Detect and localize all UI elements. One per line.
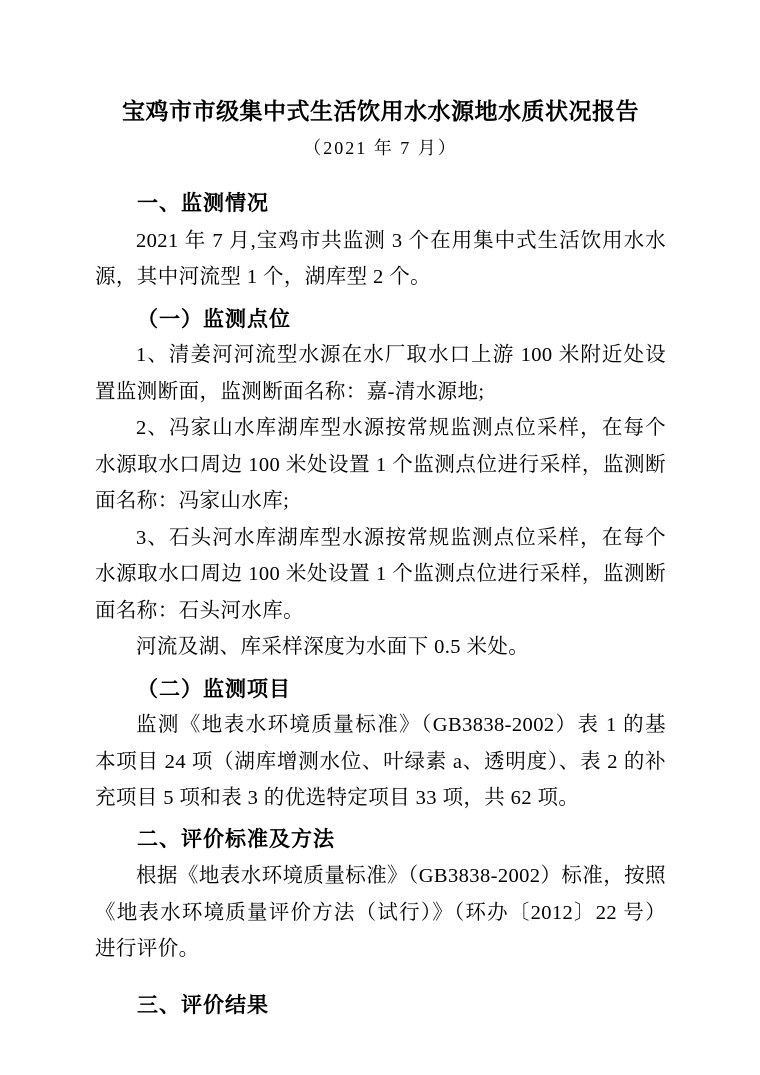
section-monitoring-points: （一）监测点位 1、清姜河河流型水源在水厂取水口上游 100 米附近处设置监测断… (95, 301, 666, 666)
section-monitoring-overview: 一、监测情况 2021 年 7 月,宝鸡市共监测 3 个在用集中式生活饮用水水源… (95, 186, 666, 296)
document-subtitle: （2021 年 7 月） (95, 136, 666, 161)
document-page: 宝鸡市市级集中式生活饮用水水源地水质状况报告 （2021 年 7 月） 一、监测… (0, 0, 760, 1075)
section-heading-evaluation-standard: 二、评价标准及方法 (95, 822, 666, 859)
section-heading-evaluation-results: 三、评价结果 (95, 988, 666, 1025)
paragraph-monitoring-overview: 2021 年 7 月,宝鸡市共监测 3 个在用集中式生活饮用水水源，其中河流型 … (95, 223, 666, 296)
paragraph-sampling-depth: 河流及湖、库采样深度为水面下 0.5 米处。 (95, 629, 666, 666)
paragraph-point-fengjiashan-reservoir: 2、冯家山水库湖库型水源按常规监测点位采样，在每个水源取水口周边 100 米处设… (95, 410, 666, 520)
paragraph-evaluation-standard: 根据《地表水环境质量标准》（GB3838-2002）标准，按照《地表水环境质量评… (95, 858, 666, 968)
section-heading-monitoring-points: （一）监测点位 (95, 301, 666, 338)
paragraph-point-shitouhe-reservoir: 3、石头河水库湖库型水源按常规监测点位采样，在每个水源取水口周边 100 米处设… (95, 520, 666, 630)
paragraph-point-qingjiang-river: 1、清姜河河流型水源在水厂取水口上游 100 米附近处设置监测断面，监测断面名称… (95, 337, 666, 410)
section-evaluation-standard: 二、评价标准及方法 根据《地表水环境质量标准》（GB3838-2002）标准，按… (95, 822, 666, 968)
section-heading-monitoring-items: （二）监测项目 (95, 671, 666, 708)
section-evaluation-results: 三、评价结果 (95, 988, 666, 1025)
paragraph-monitoring-items: 监测《地表水环境质量标准》（GB3838-2002）表 1 的基本项目 24 项… (95, 707, 666, 817)
document-title: 宝鸡市市级集中式生活饮用水水源地水质状况报告 (95, 97, 666, 127)
section-monitoring-items: （二）监测项目 监测《地表水环境质量标准》（GB3838-2002）表 1 的基… (95, 671, 666, 817)
section-heading-monitoring-overview: 一、监测情况 (95, 186, 666, 223)
